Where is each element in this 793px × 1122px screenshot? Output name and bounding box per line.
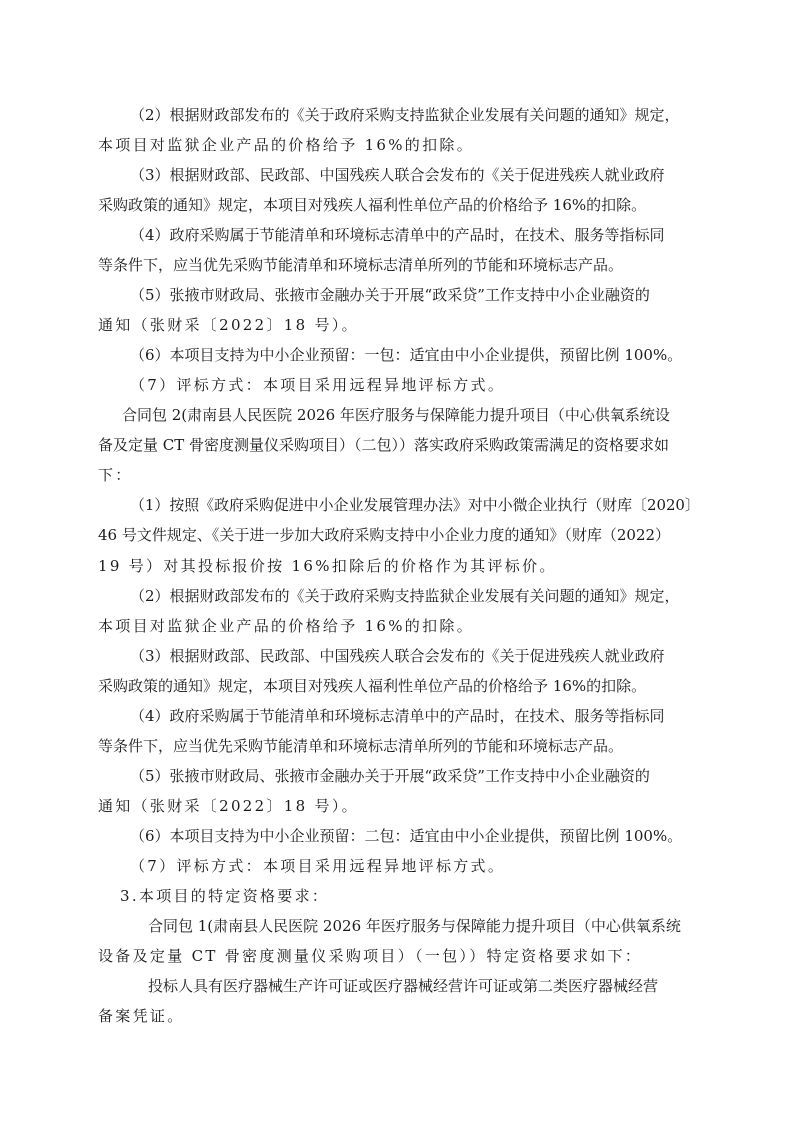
text-line: 设备及定量 CT 骨密度测量仪采购项目）（一包））特定资格要求如下： <box>98 946 642 966</box>
text-line: 本项目对监狱企业产品的价格给予 16%的扣除。 <box>98 616 474 636</box>
text-line: 本项目对监狱企业产品的价格给予 16%的扣除。 <box>98 135 474 155</box>
text-line: （4）政府采购属于节能清单和环境标志清单中的产品时，在技术、服务等指标同 <box>130 225 665 245</box>
text-line: （5）张掖市财政局、张掖市金融办关于开展“政采贷”工作支持中小企业融资的 <box>130 285 650 305</box>
text-line: （3）根据财政部、民政部、中国残疾人联合会发布的《关于促进残疾人就业政府 <box>130 646 665 666</box>
text-line: （2）根据财政部发布的《关于政府采购支持监狱企业发展有关问题的通知》规定， <box>130 586 680 606</box>
text-line: （5）张掖市财政局、张掖市金融办关于开展“政采贷”工作支持中小企业融资的 <box>130 766 650 786</box>
document-page: （2）根据财政部发布的《关于政府采购支持监狱企业发展有关问题的通知》规定， 本项… <box>0 0 793 1122</box>
text-line: 采购政策的通知》规定，本项目对残疾人福利性单位产品的价格给予 16%的扣除。 <box>98 676 646 696</box>
text-line: 19 号）对其投标报价按 16%扣除后的价格作为其评标价。 <box>98 556 557 576</box>
text-line: （1）按照《政府采购促进中小企业发展管理办法》对中小微企业执行（财库〔2020〕 <box>130 495 700 515</box>
text-line: （6）本项目支持为中小企业预留：二包：适宜由中小企业提供，预留比例 100%。 <box>130 826 682 846</box>
text-line: 采购政策的通知》规定，本项目对残疾人福利性单位产品的价格给予 16%的扣除。 <box>98 195 646 215</box>
text-line: （4）政府采购属于节能清单和环境标志清单中的产品时，在技术、服务等指标同 <box>130 706 665 726</box>
text-line: （7）评标方式：本项目采用远程异地评标方式。 <box>130 856 505 876</box>
text-line: （3）根据财政部、民政部、中国残疾人联合会发布的《关于促进残疾人就业政府 <box>130 165 665 185</box>
text-line: 通知（张财采〔2022〕18 号）。 <box>98 315 359 335</box>
text-line: 合同包 2(肃南县人民医院 2026 年医疗服务与保障能力提升项目（中心供氧系统… <box>122 405 670 425</box>
section-heading: 3.本项目的特定资格要求： <box>120 886 329 906</box>
text-line: 等条件下，应当优先采购节能清单和环境标志清单所列的节能和环境标志产品。 <box>98 255 623 275</box>
text-line: 下： <box>98 465 133 485</box>
text-line: （7）评标方式：本项目采用远程异地评标方式。 <box>130 375 505 395</box>
text-line: （2）根据财政部发布的《关于政府采购支持监狱企业发展有关问题的通知》规定， <box>130 105 680 125</box>
text-line: （6）本项目支持为中小企业预留：一包：适宜由中小企业提供，预留比例 100%。 <box>130 345 682 365</box>
text-line: 投标人具有医疗器械生产许可证或医疗器械经营许可证或第二类医疗器械经营 <box>148 976 658 996</box>
text-line: 通知（张财采〔2022〕18 号）。 <box>98 796 359 816</box>
text-line: 备及定量 CT 骨密度测量仪采购项目）（二包））落实政府采购政策需满足的资格要求… <box>98 435 669 455</box>
text-line: 合同包 1(肃南县人民医院 2026 年医疗服务与保障能力提升项目（中心供氧系统 <box>148 916 681 936</box>
text-line: 备案凭证。 <box>98 1006 185 1026</box>
text-line: 46 号文件规定、《关于进一步加大政府采购支持中小企业力度的通知》（财库（202… <box>98 525 670 545</box>
text-line: 等条件下，应当优先采购节能清单和环境标志清单所列的节能和环境标志产品。 <box>98 736 623 756</box>
